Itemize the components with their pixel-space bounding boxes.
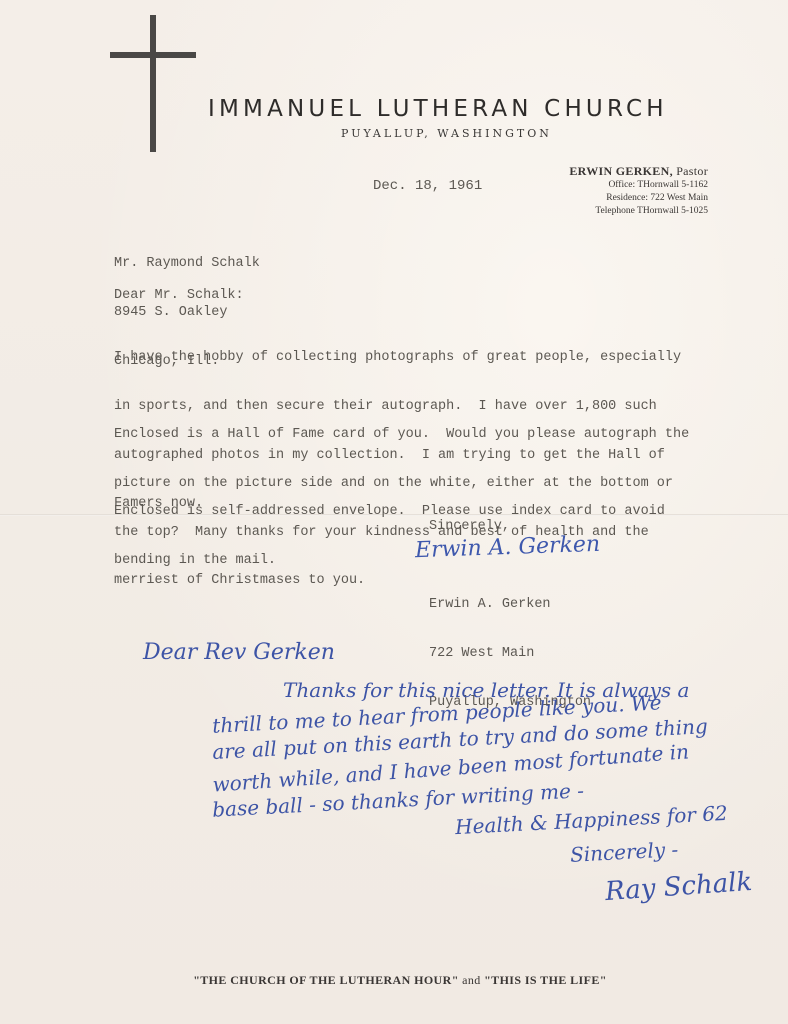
- paragraph-line: I have the hobby of collecting photograp…: [114, 350, 681, 366]
- pastor-telephone: Telephone THornwall 5-1025: [569, 205, 708, 218]
- cross-vertical-bar: [150, 15, 156, 152]
- footer-slogan-2: "THIS IS THE LIFE": [484, 973, 607, 987]
- letter-salutation: Dear Mr. Schalk:: [114, 288, 244, 304]
- pastor-residence: Residence: 722 West Main: [569, 192, 708, 205]
- sender-name: Erwin A. Gerken: [429, 597, 591, 613]
- footer-and: and: [462, 973, 481, 987]
- letter-closing: Sincerely,: [429, 519, 510, 535]
- pastor-title: Pastor: [676, 164, 708, 178]
- pastor-office-phone: Office: THornwall 5-1162: [569, 179, 708, 192]
- pastor-contact-block: ERWIN GERKEN, Pastor Office: THornwall 5…: [569, 164, 708, 218]
- paragraph-line: Enclosed is self-addressed envelope. Ple…: [114, 504, 665, 520]
- recipient-name: Mr. Raymond Schalk: [114, 256, 260, 272]
- letterhead-footer: "THE CHURCH OF THE LUTHERAN HOUR" and "T…: [0, 973, 788, 988]
- sender-street: 722 West Main: [429, 646, 591, 662]
- paragraph-line: Enclosed is a Hall of Fame card of you. …: [114, 427, 689, 443]
- footer-slogan-1: "THE CHURCH OF THE LUTHERAN HOUR": [193, 973, 459, 987]
- church-name: IMMANUEL LUTHERAN CHURCH: [208, 96, 668, 122]
- pastor-name-line: ERWIN GERKEN, Pastor: [569, 164, 708, 179]
- letter-date: Dec. 18, 1961: [373, 178, 482, 194]
- cross-horizontal-bar: [110, 52, 196, 58]
- pastor-name: ERWIN GERKEN,: [569, 164, 673, 178]
- reply-salutation: Dear Rev Gerken: [143, 640, 335, 665]
- church-city: PUYALLUP, WASHINGTON: [341, 127, 552, 140]
